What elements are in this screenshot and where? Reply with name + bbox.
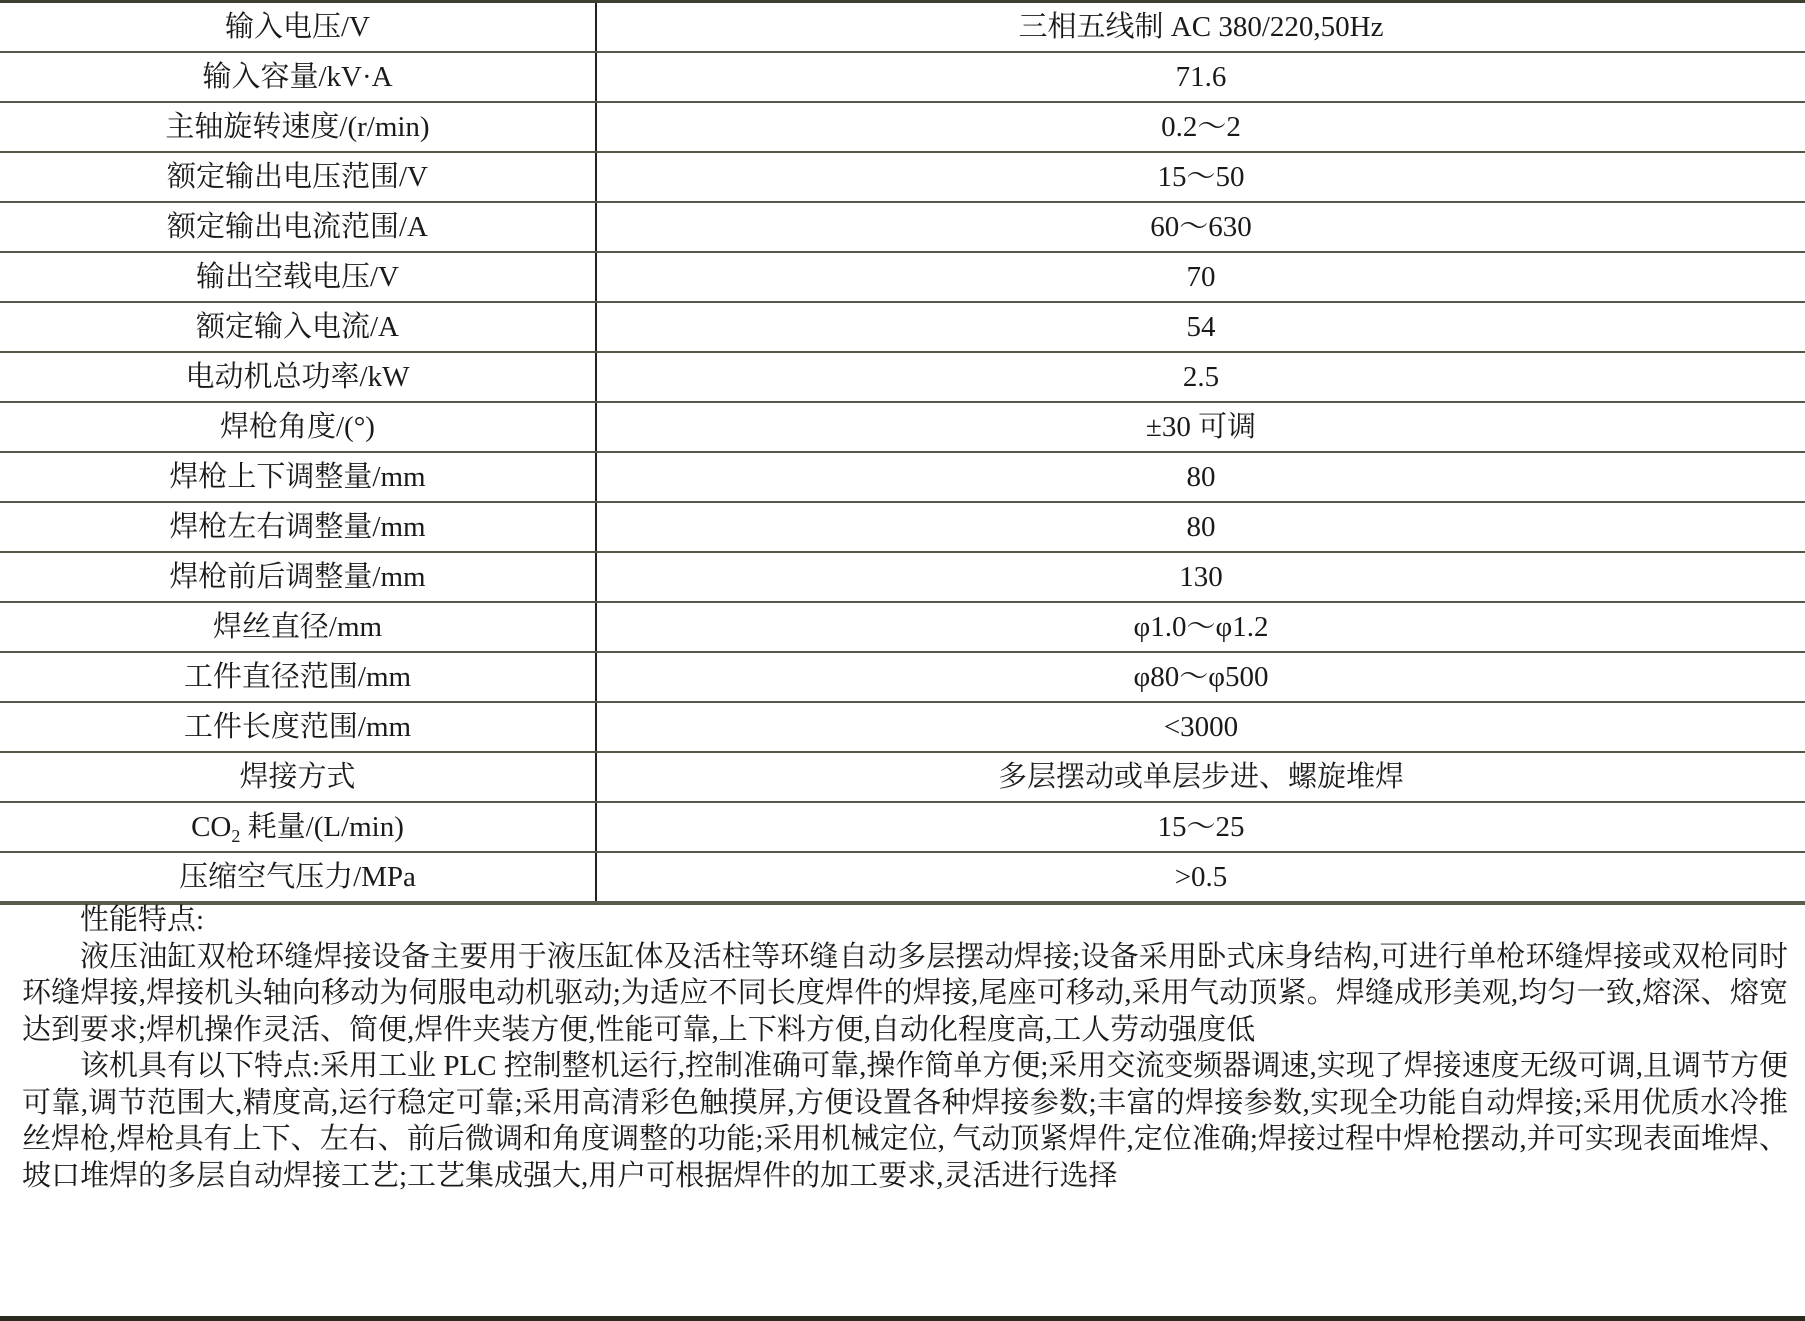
param-label: 焊接方式: [0, 752, 596, 802]
param-value: <3000: [596, 702, 1805, 752]
table-row: 焊枪前后调整量/mm 130: [0, 552, 1805, 602]
param-value: 三相五线制 AC 380/220,50Hz: [596, 3, 1805, 52]
table-row: 焊枪左右调整量/mm 80: [0, 502, 1805, 552]
param-label: 额定输入电流/A: [0, 302, 596, 352]
param-value: 2.5: [596, 352, 1805, 402]
performance-notes: 性能特点: 液压油缸双枪环缝焊接设备主要用于液压缸体及活柱等环缝自动多层摆动焊接…: [22, 900, 1788, 1194]
param-value: 71.6: [596, 52, 1805, 102]
param-label: 焊枪前后调整量/mm: [0, 552, 596, 602]
notes-heading: 性能特点:: [22, 902, 1788, 939]
param-label: 焊枪角度/(°): [0, 402, 596, 452]
table-row: 电动机总功率/kW 2.5: [0, 352, 1805, 402]
param-label: 输入容量/kV·A: [0, 52, 596, 102]
param-label: 主轴旋转速度/(r/min): [0, 102, 596, 152]
notes-paragraph-1: 液压油缸双枪环缝焊接设备主要用于液压缸体及活柱等环缝自动多层摆动焊接;设备采用卧…: [22, 939, 1788, 1049]
co2-suffix: 耗量/(L/min): [240, 811, 404, 843]
bottom-rule: [0, 1316, 1805, 1321]
param-value: 多层摆动或单层步进、螺旋堆焊: [596, 752, 1805, 802]
table-row: 工件长度范围/mm <3000: [0, 702, 1805, 752]
table-row: 输入电压/V 三相五线制 AC 380/220,50Hz: [0, 3, 1805, 52]
param-label: 输入电压/V: [0, 3, 596, 52]
param-value: 70: [596, 252, 1805, 302]
param-label: CO2 耗量/(L/min): [0, 802, 596, 852]
param-value: 15～25: [596, 802, 1805, 852]
param-value: ±30 可调: [596, 402, 1805, 452]
param-label: 额定输出电压范围/V: [0, 152, 596, 202]
param-label: 焊枪左右调整量/mm: [0, 502, 596, 552]
param-value: φ80～φ500: [596, 652, 1805, 702]
table-row: 焊枪上下调整量/mm 80: [0, 452, 1805, 502]
param-value: >0.5: [596, 852, 1805, 903]
table-row: 焊枪角度/(°) ±30 可调: [0, 402, 1805, 452]
param-label: 输出空载电压/V: [0, 252, 596, 302]
table-row: 焊丝直径/mm φ1.0～φ1.2: [0, 602, 1805, 652]
param-value: 0.2～2: [596, 102, 1805, 152]
table-row: CO2 耗量/(L/min) 15～25: [0, 802, 1805, 852]
table-row: 焊接方式 多层摆动或单层步进、螺旋堆焊: [0, 752, 1805, 802]
table-row: 压缩空气压力/MPa >0.5: [0, 852, 1805, 903]
table-row: 额定输入电流/A 54: [0, 302, 1805, 352]
spec-table: 输入电压/V 三相五线制 AC 380/220,50Hz 输入容量/kV·A 7…: [0, 3, 1805, 905]
param-value: 80: [596, 502, 1805, 552]
table-row: 输出空载电压/V 70: [0, 252, 1805, 302]
table-row: 主轴旋转速度/(r/min) 0.2～2: [0, 102, 1805, 152]
param-value: 130: [596, 552, 1805, 602]
notes-paragraph-2: 该机具有以下特点:采用工业 PLC 控制整机运行,控制准确可靠,操作简单方便;采…: [22, 1048, 1788, 1194]
table-row: 额定输出电流范围/A 60～630: [0, 202, 1805, 252]
param-value: 80: [596, 452, 1805, 502]
table-row: 输入容量/kV·A 71.6: [0, 52, 1805, 102]
param-label: 电动机总功率/kW: [0, 352, 596, 402]
param-label: 焊丝直径/mm: [0, 602, 596, 652]
param-value: 54: [596, 302, 1805, 352]
param-value: 60～630: [596, 202, 1805, 252]
param-label: 工件直径范围/mm: [0, 652, 596, 702]
param-value: 15～50: [596, 152, 1805, 202]
co2-prefix: CO: [191, 811, 231, 843]
spec-sheet: 输入电压/V 三相五线制 AC 380/220,50Hz 输入容量/kV·A 7…: [0, 0, 1805, 1321]
param-label: 工件长度范围/mm: [0, 702, 596, 752]
param-value: φ1.0～φ1.2: [596, 602, 1805, 652]
param-label: 额定输出电流范围/A: [0, 202, 596, 252]
table-row: 额定输出电压范围/V 15～50: [0, 152, 1805, 202]
param-label: 焊枪上下调整量/mm: [0, 452, 596, 502]
table-row: 工件直径范围/mm φ80～φ500: [0, 652, 1805, 702]
param-label: 压缩空气压力/MPa: [0, 852, 596, 903]
